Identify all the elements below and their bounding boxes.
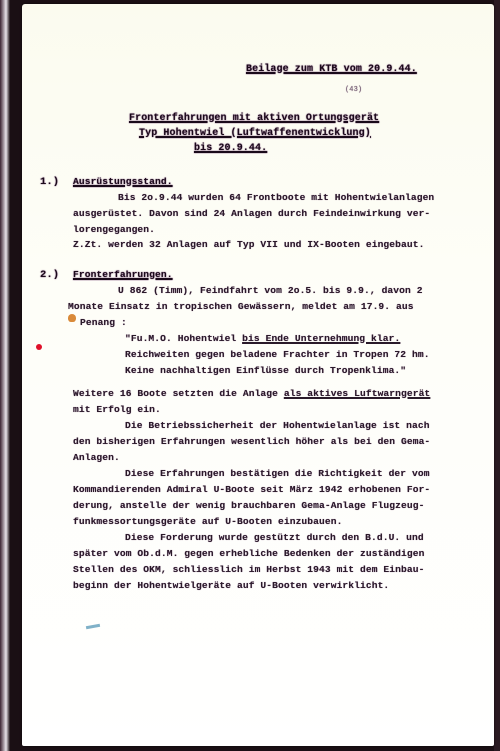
section-2-line-2: Monate Einsatz in tropischen Gewässern, … (68, 299, 414, 315)
ink-dot-red (36, 344, 42, 350)
section-1-line-1: Bis 2o.9.44 wurden 64 Frontboote mit Hoh… (118, 190, 434, 206)
para-1-line-2: den bisherigen Erfahrungen wesentlich hö… (73, 434, 430, 450)
para-2-line-3: derung, anstelle der wenig brauchbaren G… (73, 498, 424, 514)
scan-right-border (494, 0, 500, 751)
para-2-line-4: funkmessortungsgeräte auf U-Booten einzu… (73, 514, 342, 530)
scan-left-border (0, 0, 10, 751)
reference-line: Beilage zum KTB vom 20.9.44. (246, 62, 417, 78)
para-1-line-3: Anlagen. (73, 450, 120, 466)
title-line-1: Fronterfahrungen mit aktiven Ortungsgerä… (129, 111, 379, 127)
para-3-line-4: beginn der Hohentwielgeräte auf U-Booten… (73, 578, 389, 594)
section-2-line-1: U 862 (Timm), Feindfahrt vom 2o.5. bis 9… (118, 283, 423, 299)
section-1-number: 1.) (40, 174, 59, 190)
section-1-line-3: lorengegangen. (73, 222, 155, 238)
quote-line-2: Reichweiten gegen beladene Frachter in T… (125, 347, 430, 363)
ink-blot-orange (68, 314, 76, 322)
para-2-line-2: Kommandierenden Admiral U-Boote seit Mär… (73, 482, 430, 498)
after-quote-line-2: mit Erfolg ein. (73, 402, 161, 418)
title-line-2: Typ Hohentwiel (Luftwaffenentwicklung) (139, 126, 371, 142)
para-3-line-3: Stellen des OKM, schliesslich im Herbst … (73, 562, 424, 578)
section-1-heading: Ausrüstungsstand. (73, 174, 173, 190)
section-1-line-2: ausgerüstet. Davon sind 24 Anlagen durch… (73, 206, 430, 222)
faint-stamp: (43) (345, 82, 362, 98)
section-1-line-4: Z.Zt. werden 32 Anlagen auf Typ VII und … (73, 237, 424, 253)
para-1-line-1: Die Betriebssicherheit der Hohentwielanl… (125, 418, 430, 434)
quote-line-1-plain: "Fu.M.O. Hohentwiel (125, 333, 242, 344)
para-3-line-1: Diese Forderung wurde gestützt durch den… (125, 530, 424, 546)
after-quote-line-1: Weitere 16 Boote setzten die Anlage als … (73, 386, 430, 402)
para-3-line-2: später vom Ob.d.M. gegen erhebliche Bede… (73, 546, 424, 562)
after-quote-line-1-underlined: als aktives Luftwarngerät (284, 388, 430, 399)
quote-line-1: "Fu.M.O. Hohentwiel bis Ende Unternehmun… (125, 331, 400, 347)
quote-line-3: Keine nachhaltigen Einflüsse durch Trope… (125, 363, 406, 379)
section-2-heading: Fronterfahrungen. (73, 267, 173, 283)
para-2-line-1: Diese Erfahrungen bestätigen die Richtig… (125, 466, 430, 482)
quote-line-1-underlined: bis Ende Unternehmung klar. (242, 333, 400, 344)
section-2-number: 2.) (40, 267, 59, 283)
after-quote-line-1-plain: Weitere 16 Boote setzten die Anlage (73, 388, 284, 399)
title-line-3: bis 20.9.44. (194, 141, 267, 157)
section-2-line-3: Penang : (80, 315, 127, 331)
